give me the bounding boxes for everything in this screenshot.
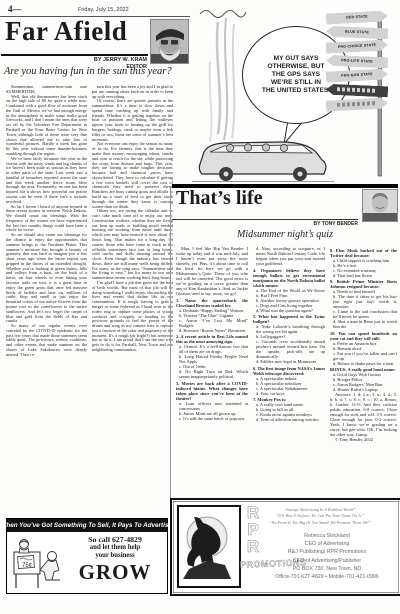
quiz-line: Man, I feel like Rip Van Bender. I woke … xyxy=(176,246,248,296)
ad-copy: So call 627-4829 and let them help your … xyxy=(67,535,163,585)
article-paragraph: So we should also count our blessings fo… xyxy=(6,233,87,324)
quiz-line: 8. Elon Musk backed out of the Twitter d… xyxy=(330,248,397,258)
quiz-line: d. Your car keys xyxy=(253,391,325,396)
editorial-cartoon: MY GUT SAYSOTHERWISE, BUTTHE GPS SAYSWE’… xyxy=(192,2,398,182)
editor-portrait-icon xyxy=(151,20,188,63)
article-paragraph: Of course, there are quieter pursuits in… xyxy=(92,99,173,142)
ad-phone: So call 627-4829 xyxy=(67,535,163,544)
quiz-line: d. Now, according to scripture, er, I me… xyxy=(253,246,325,266)
quiz-line: d. Shot a man in Reno just to watch him … xyxy=(330,319,397,329)
thats-life-title: That’s life xyxy=(176,187,262,210)
section-divider xyxy=(170,186,171,506)
thats-life-rule xyxy=(172,219,358,220)
quiz-line: c. It’s still the same batch of popcorn. xyxy=(176,416,248,421)
far-afield-headline: Are you having fun in the sun this year? xyxy=(4,66,190,77)
quiz-line: c. Aaron “I’ve Lost My Mind” Rodgers xyxy=(176,318,248,328)
direction-sign: BLUE STATE xyxy=(326,25,388,39)
quiz-line: 9. British Prime Minister Boris Johnson … xyxy=(330,279,397,289)
quiz-line: a. Deshaun “Happy Ending” Watson xyxy=(176,308,248,313)
far-afield-rule xyxy=(1,54,148,56)
quiz-line: 2. A recent article in Best Life named t… xyxy=(176,334,248,344)
quiz-line: Answers: 1. d; 2 a.; 3. a.; 4. d.; 5. b;… xyxy=(330,392,397,437)
thats-life-byline: BY TONY BENDER xyxy=(238,221,358,227)
stand-sign-text: 75¢ xyxy=(22,563,32,569)
direction-sign: PRO-LIFE STATE xyxy=(326,54,388,68)
columnist-photo xyxy=(362,189,398,222)
article-paragraph: turn this year has been a joy and I’m gl… xyxy=(92,85,173,99)
far-afield-column-1: Summertime, summertime-sum sum SUMMERTIM… xyxy=(6,85,87,514)
ad-contact-line: R&J Publishing/ RPR Promotions xyxy=(258,548,396,556)
quiz-line: a. Gemini. It’s a well-known fact that a… xyxy=(176,344,248,354)
ad-help-line-1: and let them help xyxy=(67,544,163,552)
quiz-line: © Tony Bender, 2022 xyxy=(330,437,397,442)
quiz-line: c. Eat you if you’ve fallen and can’t ge… xyxy=(330,351,397,361)
quiz-headline: Midsummer night’s quiz xyxy=(172,229,398,240)
lemonade-stand-icon: 75¢ xyxy=(10,534,66,590)
article-paragraph: Not everyone can enjoy the season as man… xyxy=(92,142,173,209)
quiz-line: d. Brownie “Brown Noser” Bernstein xyxy=(176,328,248,333)
quiz-column-3: 8. Elon Musk backed out of the Twitter d… xyxy=(330,246,397,488)
quiz-column-1: Man, I feel like Rip Van Bender. I woke … xyxy=(176,246,248,488)
quiz-line: b. The time it takes to get his hair jus… xyxy=(330,294,397,309)
ad-grow-text: GROW xyxy=(67,560,163,585)
ad-contact-line: PO BOX 730, New Town, ND xyxy=(258,565,396,573)
columnist-portrait-icon xyxy=(363,190,397,221)
ad-contact-block: Rebecca StricklandCEO of AdvertisingR&J … xyxy=(258,532,396,581)
quiz-column-2: d. Now, according to scripture, er, I me… xyxy=(253,246,325,488)
article-paragraph: We’ve been fairly fortunate this year as… xyxy=(6,157,87,205)
article-paragraph: Others too, are racing the calendar and … xyxy=(92,209,173,281)
quiz-line: c. Grounds crew accidentally aimed pitch… xyxy=(253,339,325,359)
ad-help-line-2: your business xyxy=(67,552,163,560)
quiz-line: a. Loan officers now stationed at conces… xyxy=(176,401,248,411)
rpr-promotions-ad: RPR PROMOTIONS “Savage Advertising In A … xyxy=(170,498,400,596)
editor-photo xyxy=(150,19,189,64)
quiz-line: d. Edibles now legal in Minnesota xyxy=(253,359,325,364)
ad-quote-line: “No Event Is Too Big Or Too Small, We Pr… xyxy=(246,520,394,526)
ad-banner: When You’ve Got Something To Sell, It Pa… xyxy=(7,519,167,532)
far-afield-column-2: turn this year has been a joy and I’m gl… xyxy=(92,85,173,514)
newspaper-page: 4— Friday, July 15, 2022 Far Afield BY J… xyxy=(0,0,400,614)
quiz-line: d. That bird has flown xyxy=(330,273,397,278)
quiz-line: 3. Movies are back after a COVID-induced… xyxy=(176,381,248,401)
page-number: 4— xyxy=(8,4,22,14)
quiz-line: b. Another loosey-goosey operation xyxy=(253,298,325,303)
quiz-line: 5. What has happened to the Twins bullpe… xyxy=(253,314,325,324)
quiz-line: d. Term of affection among weirdos xyxy=(253,417,325,422)
ad-contact-line: CEO of Advertising/Publisher xyxy=(258,557,396,565)
quiz-line: 10. You can spend hundreds on your cat a… xyxy=(330,331,397,341)
ad-contact-line: CEO of Advertising xyxy=(258,540,396,548)
quiz-line: a. The End of the World as We Know it. B… xyxy=(253,288,325,298)
ad-contact-line: Rebecca Strickland xyxy=(258,532,396,540)
article-paragraph: Well, that old thermometer has been stuc… xyxy=(6,95,87,157)
ad-contact-line: Office-701-627-4829 • Mobile-701-421-099… xyxy=(258,573,396,581)
ad-quotes: “Savage Advertising In A Ruthless World”… xyxy=(246,507,394,526)
quiz-line: c. Came to the sad conclusion that he’ll… xyxy=(330,309,397,319)
direction-sign xyxy=(326,83,388,97)
direction-sign: PRO-CHOICE STATE xyxy=(326,39,388,53)
lemonade-stand-drawing: 75¢ xyxy=(10,534,66,590)
howling-wolf-icon xyxy=(179,507,235,582)
direction-sign: PRO-GUN STATE xyxy=(326,68,388,82)
quiz-line: 6. The first image from NASA’s James Web… xyxy=(253,366,325,376)
quiz-line: a. Child support is crushing him xyxy=(330,258,397,263)
quiz-line: d. Refuse to shake paws for a treat xyxy=(330,361,397,366)
direction-sign: RED STATE xyxy=(326,10,388,24)
page-date: Friday, July 15, 2022 xyxy=(78,7,129,13)
signpost: RED STATEBLUE STATEPRO-CHOICE STATEPRO-L… xyxy=(326,12,388,110)
advertise-ad: When You’ve Got Something To Sell, It Pa… xyxy=(6,518,168,594)
article-paragraph: So many of our regular events were cance… xyxy=(6,324,87,357)
far-afield-title: Far Afield xyxy=(5,16,127,47)
quiz-line: a. Nuke Laloosh’s breathing through the … xyxy=(253,324,325,334)
article-paragraph: So far I haven’t heard of anyone injured… xyxy=(6,205,87,234)
direction-sign xyxy=(326,97,388,111)
quiz-line: b. Long Haired Freaky People Need Not Ap… xyxy=(176,354,248,364)
quiz-line: 1. Name the quarterback the Cleveland Br… xyxy=(176,298,248,308)
quiz-line: d. No Right Turn on Red. Which seems ina… xyxy=(176,369,248,379)
quiz-line: 4. Organizers believe they have enough b… xyxy=(253,268,325,288)
wolf-logo-box xyxy=(177,505,241,588)
article-paragraph: I’m glad I have a job that gives me the … xyxy=(92,281,173,353)
quiz-line: d. What was the question again? xyxy=(253,308,325,313)
